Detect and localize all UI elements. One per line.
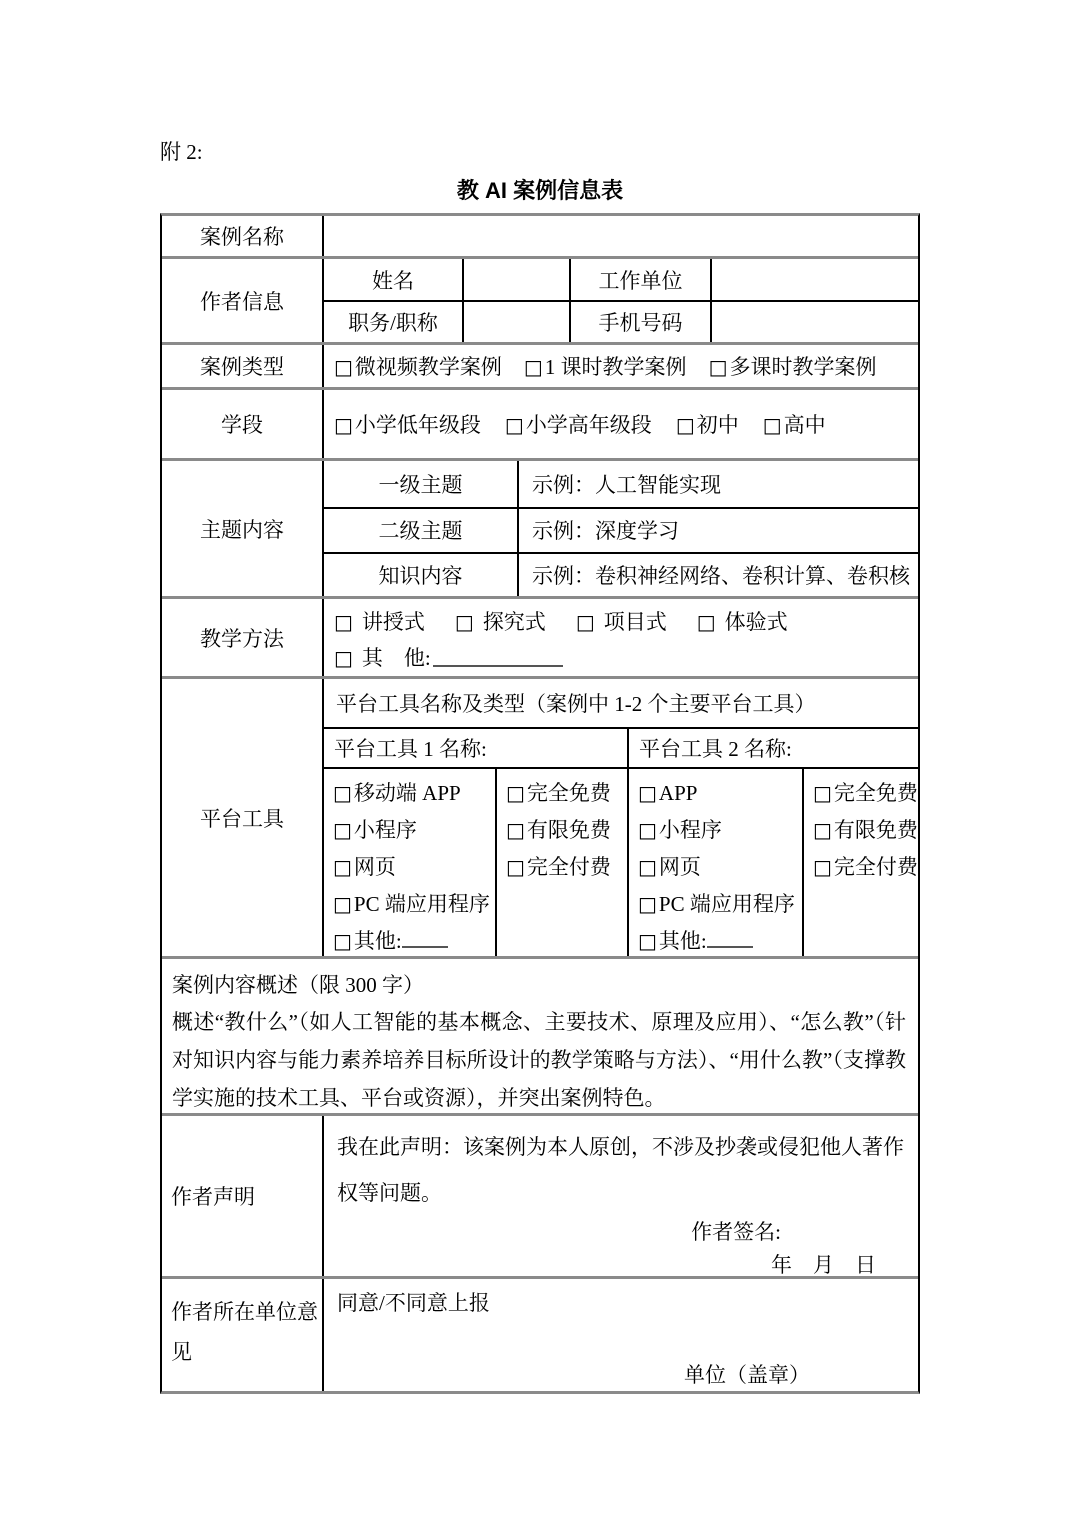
tool1-other-line: □其他:	[333, 923, 495, 956]
unit-decision-text: 同意/不同意上报	[337, 1287, 918, 1317]
name-field-label: 姓名	[324, 259, 462, 300]
other-fill-blank[interactable]	[707, 930, 753, 948]
tool1-price-cell: □完全免费□有限免费□完全付费	[495, 769, 627, 956]
checkbox-option[interactable]: □1 课时教学案例	[524, 351, 687, 381]
checkbox-option[interactable]: □小学低年级段	[334, 409, 481, 439]
knowledge-content-value[interactable]: 示例：卷积神经网络、卷积计算、卷积核	[517, 554, 918, 596]
checkbox-icon: □	[813, 781, 832, 805]
checkbox-icon: □	[638, 855, 657, 879]
checkbox-icon: □	[333, 892, 352, 916]
tool2-name-label: 平台工具 2 名称:	[639, 733, 792, 763]
option-label: 网页	[659, 855, 701, 879]
option-label: 其他:	[354, 929, 402, 953]
case-name-label: 案例名称	[162, 216, 324, 256]
tool2-price-options: □完全免费□有限免费□完全付费	[813, 775, 918, 886]
option-label: 小程序	[659, 818, 722, 842]
option-label: 体验式	[725, 610, 788, 634]
checkbox-icon: □	[334, 646, 353, 670]
checkbox-icon: □	[638, 781, 657, 805]
other-fill-blank[interactable]	[433, 649, 563, 667]
knowledge-content-label: 知识内容	[324, 554, 517, 596]
row-case-type: 案例类型 □微视频教学案例□1 课时教学案例□多课时教学案例	[162, 342, 918, 387]
checkbox-icon: □	[333, 781, 352, 805]
row-school-stage: 学段 □小学低年级段□小学高年级段□初中□高中	[162, 387, 918, 458]
checkbox-option[interactable]: □项目式	[576, 604, 667, 640]
option-label: 完全免费	[527, 781, 611, 805]
tool1-price-options: □完全免费□有限免费□完全付费	[506, 775, 627, 886]
tool2-name-input[interactable]: 平台工具 2 名称:	[627, 729, 918, 767]
summary-input-area[interactable]: 案例内容概述（限 300 字） 概述“教什么”（如人工智能的基本概念、主要技术、…	[162, 959, 918, 1113]
checkbox-option[interactable]: □其 他:	[334, 640, 431, 676]
checkbox-option[interactable]: □体验式	[697, 604, 788, 640]
tool2-type-cell: □APP□小程序□网页□PC 端应用程序 □其他:	[627, 769, 802, 956]
position-input[interactable]	[462, 302, 569, 342]
phone-field-label: 手机号码	[569, 302, 710, 342]
checkbox-icon: □	[763, 413, 782, 437]
option-label: 完全免费	[834, 781, 918, 805]
teaching-method-other-line: □其 他:	[324, 640, 918, 676]
platform-tools-label: 平台工具	[162, 679, 324, 956]
unit-seal-label: 单位（盖章）	[337, 1359, 918, 1389]
platform-tools-header: 平台工具名称及类型（案例中 1-2 个主要平台工具）	[324, 679, 918, 727]
name-input[interactable]	[462, 259, 569, 300]
theme-level2-value[interactable]: 示例：深度学习	[517, 509, 918, 552]
checkbox-option[interactable]: □完全付费	[506, 849, 627, 886]
row-platform-tools: 平台工具 平台工具名称及类型（案例中 1-2 个主要平台工具） 平台工具 1 名…	[162, 676, 918, 956]
teaching-method-label: 教学方法	[162, 599, 324, 676]
option-label: 小程序	[354, 818, 417, 842]
checkbox-option[interactable]: □微视频教学案例	[334, 351, 502, 381]
other-fill-blank[interactable]	[402, 930, 448, 948]
position-field-label: 职务/职称	[324, 302, 462, 342]
summary-title: 案例内容概述（限 300 字）	[172, 968, 906, 1003]
tool1-name-label: 平台工具 1 名称:	[334, 733, 487, 763]
option-label: 高中	[784, 413, 826, 437]
work-unit-input[interactable]	[710, 259, 918, 300]
option-label: 初中	[697, 413, 739, 437]
checkbox-icon: □	[709, 355, 728, 379]
row-case-name: 案例名称	[162, 216, 918, 256]
checkbox-option[interactable]: □移动端 APP	[333, 775, 495, 812]
page-title: 教 AI 案例信息表	[0, 174, 1080, 205]
case-info-form-table: 案例名称 作者信息 姓名 工作单位 职务/职称 手机号码	[160, 213, 920, 1394]
checkbox-icon: □	[506, 781, 525, 805]
checkbox-option[interactable]: □PC 端应用程序	[638, 886, 802, 923]
theme-level1-label: 一级主题	[324, 461, 517, 507]
option-label: 探究式	[483, 610, 546, 634]
tool2-type-options: □APP□小程序□网页□PC 端应用程序	[638, 775, 802, 923]
checkbox-option[interactable]: □PC 端应用程序	[333, 886, 495, 923]
checkbox-icon: □	[813, 818, 832, 842]
option-label: 有限免费	[527, 818, 611, 842]
tool1-type-cell: □移动端 APP□小程序□网页□PC 端应用程序 □其他:	[324, 769, 495, 956]
checkbox-icon: □	[455, 610, 474, 634]
option-label: 有限免费	[834, 818, 918, 842]
theme-content-label: 主题内容	[162, 461, 324, 596]
row-summary: 案例内容概述（限 300 字） 概述“教什么”（如人工智能的基本概念、主要技术、…	[162, 956, 918, 1113]
option-label: 小学高年级段	[526, 413, 652, 437]
tool1-type-options: □移动端 APP□小程序□网页□PC 端应用程序	[333, 775, 495, 923]
case-name-input[interactable]	[324, 216, 918, 256]
checkbox-option[interactable]: □小学高年级段	[505, 409, 652, 439]
tool1-name-input[interactable]: 平台工具 1 名称:	[324, 729, 627, 767]
checkbox-icon: □	[697, 610, 716, 634]
checkbox-option[interactable]: □完全免费	[813, 775, 918, 812]
checkbox-icon: □	[506, 818, 525, 842]
theme-level1-value[interactable]: 示例：人工智能实现	[517, 461, 918, 507]
case-type-options: □微视频教学案例□1 课时教学案例□多课时教学案例	[324, 345, 918, 387]
option-label: 讲授式	[362, 610, 425, 634]
option-label: PC 端应用程序	[354, 892, 490, 916]
checkbox-option[interactable]: □初中	[676, 409, 739, 439]
author-info-label: 作者信息	[162, 259, 324, 342]
option-label: 完全付费	[834, 855, 918, 879]
option-label: APP	[659, 781, 698, 805]
checkbox-icon: □	[334, 610, 353, 634]
row-theme-content: 主题内容 一级主题 示例：人工智能实现 二级主题 示例：深度学习 知识内容 示例…	[162, 458, 918, 596]
teaching-method-options: □讲授式□探究式□项目式□体验式	[324, 604, 918, 640]
checkbox-option[interactable]: □多课时教学案例	[709, 351, 877, 381]
checkbox-icon: □	[334, 413, 353, 437]
phone-input[interactable]	[710, 302, 918, 342]
tool2-other-line: □其他:	[638, 923, 802, 956]
unit-opinion-input-area[interactable]: 同意/不同意上报 单位（盖章）	[324, 1279, 918, 1391]
option-label: 完全付费	[527, 855, 611, 879]
checkbox-option[interactable]: □有限免费	[813, 812, 918, 849]
option-label: 多课时教学案例	[729, 355, 876, 379]
unit-opinion-label: 作者所在单位意见	[162, 1279, 324, 1391]
summary-body: 概述“教什么”（如人工智能的基本概念、主要技术、原理及应用）、“怎么教”（针对知…	[172, 1003, 906, 1113]
row-author-info: 作者信息 姓名 工作单位 职务/职称 手机号码	[162, 256, 918, 342]
checkbox-option[interactable]: □小程序	[638, 812, 802, 849]
row-teaching-method: 教学方法 □讲授式□探究式□项目式□体验式 □其 他:	[162, 596, 918, 676]
checkbox-icon: □	[638, 929, 657, 953]
declaration-statement: 我在此声明：该案例为本人原创，不涉及抄袭或侵犯他人著作权等问题。	[337, 1124, 906, 1216]
theme-level2-label: 二级主题	[324, 509, 517, 552]
checkbox-option[interactable]: □高中	[763, 409, 826, 439]
school-stage-options: □小学低年级段□小学高年级段□初中□高中	[324, 390, 918, 458]
checkbox-option[interactable]: □有限免费	[506, 812, 627, 849]
checkbox-icon: □	[333, 855, 352, 879]
checkbox-option[interactable]: □网页	[638, 849, 802, 886]
checkbox-icon: □	[576, 610, 595, 634]
option-label: 移动端 APP	[354, 781, 461, 805]
checkbox-option[interactable]: □完全付费	[813, 849, 918, 886]
checkbox-icon: □	[334, 355, 353, 379]
checkbox-option[interactable]: □其他:	[333, 929, 402, 953]
checkbox-option[interactable]: □讲授式	[334, 604, 425, 640]
checkbox-icon: □	[333, 818, 352, 842]
checkbox-icon: □	[638, 818, 657, 842]
option-label: 其他:	[659, 929, 707, 953]
checkbox-icon: □	[676, 413, 695, 437]
option-label: 微视频教学案例	[355, 355, 502, 379]
checkbox-icon: □	[506, 855, 525, 879]
option-label: 小学低年级段	[355, 413, 481, 437]
checkbox-icon: □	[333, 929, 352, 953]
school-stage-label: 学段	[162, 390, 324, 458]
checkbox-option[interactable]: □网页	[333, 849, 495, 886]
author-declaration-label: 作者声明	[162, 1116, 324, 1276]
checkbox-option[interactable]: □完全免费	[506, 775, 627, 812]
work-unit-field-label: 工作单位	[569, 259, 710, 300]
signature-label[interactable]: 作者签名:	[337, 1216, 906, 1249]
row-author-declaration: 作者声明 我在此声明：该案例为本人原创，不涉及抄袭或侵犯他人著作权等问题。 作者…	[162, 1113, 918, 1276]
attachment-label: 附 2:	[160, 136, 203, 166]
checkbox-icon: □	[505, 413, 524, 437]
tool2-price-cell: □完全免费□有限免费□完全付费	[802, 769, 918, 956]
row-unit-opinion: 作者所在单位意见 同意/不同意上报 单位（盖章）	[162, 1276, 918, 1391]
checkbox-icon: □	[638, 892, 657, 916]
date-label[interactable]: 年 月 日	[337, 1249, 906, 1276]
case-type-label: 案例类型	[162, 345, 324, 387]
checkbox-icon: □	[813, 855, 832, 879]
option-label: 项目式	[604, 610, 667, 634]
option-label: PC 端应用程序	[659, 892, 795, 916]
checkbox-option[interactable]: □其他:	[638, 929, 707, 953]
document-page: 附 2: 教 AI 案例信息表 案例名称 作者信息 姓名 工作单位 职务/职称 …	[0, 0, 1080, 1528]
option-label: 1 课时教学案例	[545, 355, 687, 379]
checkbox-icon: □	[524, 355, 543, 379]
checkbox-option[interactable]: □探究式	[455, 604, 546, 640]
option-label: 网页	[354, 855, 396, 879]
checkbox-option[interactable]: □APP	[638, 775, 802, 812]
checkbox-option[interactable]: □小程序	[333, 812, 495, 849]
option-label: 其 他:	[362, 646, 431, 670]
